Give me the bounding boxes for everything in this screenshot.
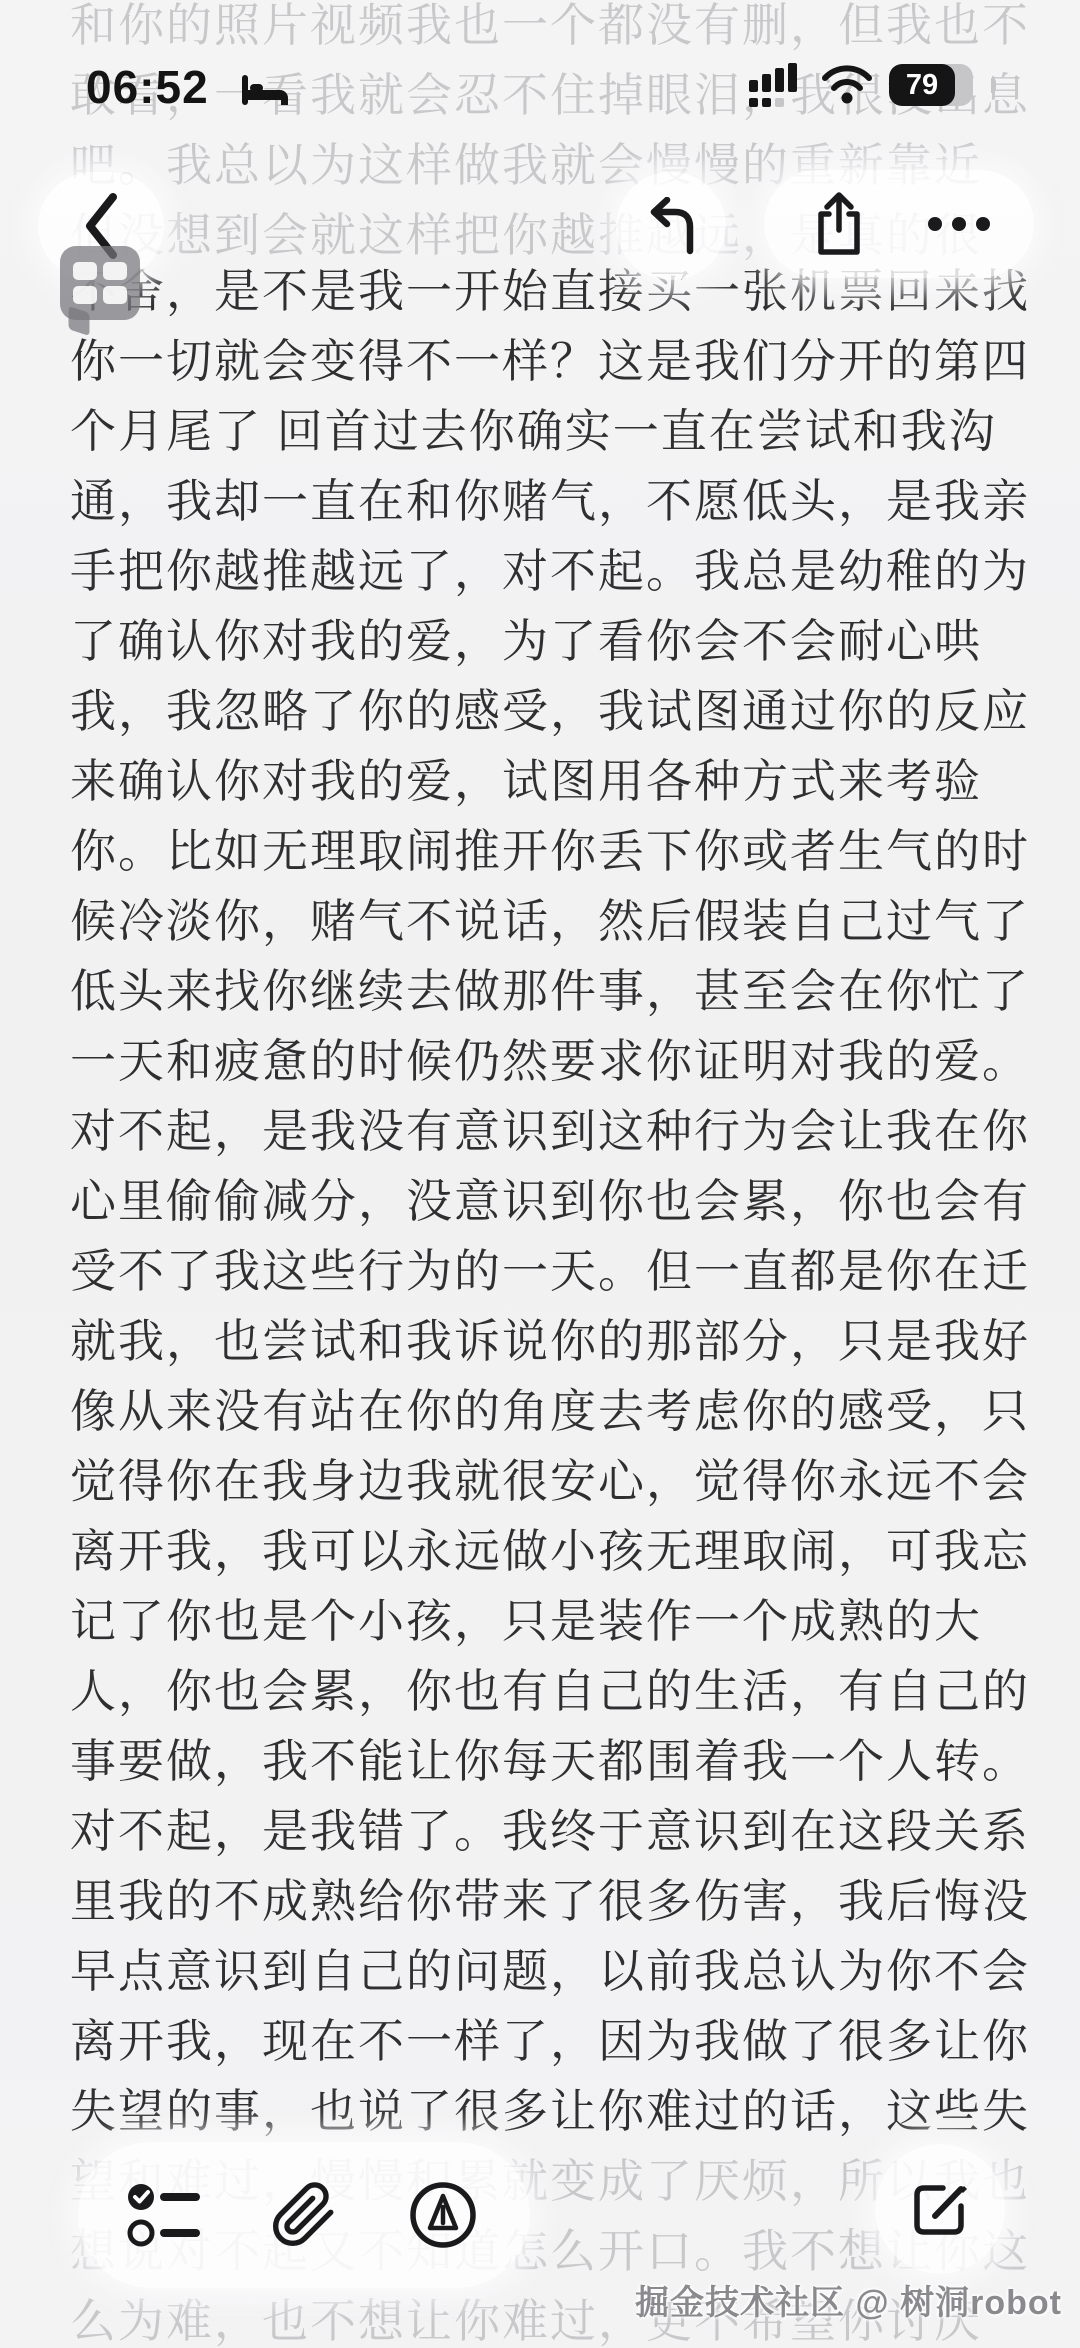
battery-indicator: 79 [889,64,973,106]
status-time: 06:52 [86,60,209,114]
status-right-cluster: 79 [747,62,996,108]
chat-bubble-grid-icon [73,262,127,304]
wifi-icon [821,65,873,105]
checklist-icon [126,2180,204,2250]
cellular-signal-icon [747,62,805,108]
compose-icon [907,2176,973,2242]
sleep-mode-bed-icon [240,72,290,108]
markup-button[interactable] [388,2142,498,2288]
attachment-button[interactable] [249,2142,359,2288]
bottom-toolbar [78,2142,530,2288]
watermark: 掘金技术社区 @ 树洞robot [635,2275,1062,2324]
paperclip-icon [270,2181,338,2249]
share-more-pill [764,170,1034,278]
floating-chat-bubble[interactable] [60,246,140,320]
undo-button[interactable] [616,172,726,280]
share-icon [811,190,867,258]
ellipsis-icon [927,216,991,232]
battery-tip [991,78,996,93]
more-options-button[interactable] [914,170,1004,278]
undo-icon [640,197,702,255]
battery-percent: 79 [906,69,938,102]
share-button[interactable] [794,170,884,278]
note-text-body[interactable]: 不舍，是不是我一开始直接买一张机票回来找 你一切就会变得不一样？这是我们分开的第… [70,256,1070,2146]
markup-pen-icon [407,2179,479,2251]
compose-button[interactable] [875,2144,1005,2274]
notes-screen: 和你的照片视频我也一个都没有删，但我也不 敢看，一看我就会忍不住掉眼泪，我很没出… [0,0,1080,2348]
checklist-button[interactable] [110,2142,220,2288]
